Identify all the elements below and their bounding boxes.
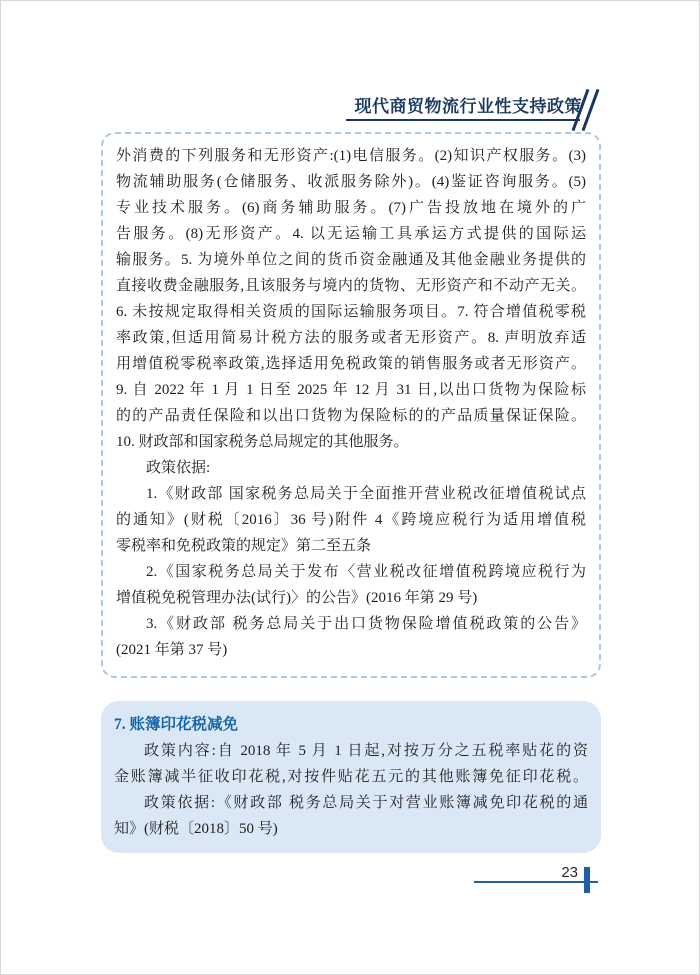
main-content-box: 外消费的下列服务和无形资产:(1)电信服务。(2)知识产权服务。(3) 物流辅助…	[101, 132, 601, 678]
text-line: 告服务。(8)无形资产。4. 以无运输工具承运方式提供的国际运	[116, 221, 586, 247]
text-line: 3.《财政部 税务总局关于出口货物保险增值税政策的公告》	[116, 611, 586, 637]
text-line: 直接收费金融服务,且该服务与境内的货物、无形资产和不动产无关。	[116, 273, 586, 299]
text-line: 金账簿减半征收印花税,对按件贴花五元的其他账簿免征印花税。	[114, 764, 588, 790]
text-line: 的的产品责任保险和以出口货物为保险标的的产品质量保证保险。	[116, 403, 586, 429]
header-rule	[346, 119, 580, 121]
text-line: 2.《国家税务总局关于发布〈营业税改征增值税跨境应税行为	[116, 559, 586, 585]
text-line: 6. 未按规定取得相关资质的国际运输服务项目。7. 符合增值税零税	[116, 299, 586, 325]
text-line: 9. 自 2022 年 1 月 1 日至 2025 年 12 月 31 日,以出…	[116, 377, 586, 403]
text-line: 增值税免税管理办法(试行)〉的公告》(2016 年第 29 号)	[116, 585, 586, 611]
text-line: 率政策,但适用简易计税方法的服务或者无形资产。8. 声明放弃适	[116, 325, 586, 351]
text-line: 政策内容:自 2018 年 5 月 1 日起,对按万分之五税率贴花的资	[114, 738, 588, 764]
text-line: (2021 年第 37 号)	[116, 637, 586, 663]
policy-section-title: 7. 账簿印花税减免	[114, 712, 588, 738]
text-line: 的通知》(财税〔2016〕36 号)附件 4《跨境应税行为适用增值税	[116, 507, 586, 533]
page-header-title: 现代商贸物流行业性支持政策	[346, 96, 582, 118]
page-number: 23	[474, 864, 578, 881]
text-line: 专业技术服务。(6)商务辅助服务。(7)广告投放地在境外的广	[116, 195, 586, 221]
text-line: 物流辅助服务(仓储服务、收派服务除外)。(4)鉴证咨询服务。(5)	[116, 169, 586, 195]
document-page: 现代商贸物流行业性支持政策 外消费的下列服务和无形资产:(1)电信服务。(2)知…	[0, 0, 700, 975]
footer-accent-bar	[584, 867, 590, 893]
footer-rule	[474, 881, 598, 883]
text-line: 输服务。5. 为境外单位之间的货币资金融通及其他金融业务提供的	[116, 247, 586, 273]
policy-section-box: 7. 账簿印花税减免 政策内容:自 2018 年 5 月 1 日起,对按万分之五…	[101, 701, 601, 853]
text-line: 外消费的下列服务和无形资产:(1)电信服务。(2)知识产权服务。(3)	[116, 143, 586, 169]
text-line: 零税率和免税政策的规定》第二至五条	[116, 533, 586, 559]
text-line: 政策依据:《财政部 税务总局关于对营业账簿减免印花税的通	[114, 790, 588, 816]
text-line: 政策依据:	[116, 455, 586, 481]
text-line: 1.《财政部 国家税务总局关于全面推开营业税改征增值税试点	[116, 481, 586, 507]
text-line: 用增值税零税率政策,选择适用免税政策的销售服务或者无形资产。	[116, 351, 586, 377]
text-line: 知》(财税〔2018〕50 号)	[114, 816, 588, 842]
text-line: 10. 财政部和国家税务总局规定的其他服务。	[116, 429, 586, 455]
